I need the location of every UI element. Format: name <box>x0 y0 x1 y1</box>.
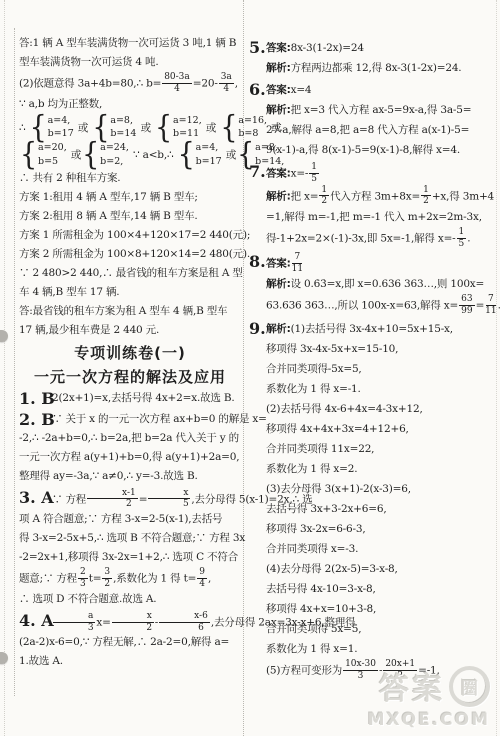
fraction: 32 <box>102 567 112 590</box>
binding-bump-top <box>0 330 8 342</box>
text-line: 答案:x=-15 <box>266 162 497 185</box>
item-number: 4. A <box>19 611 54 630</box>
answer-item: 4. Aa3x=x2-x-66,去分母得 2ax=3x-x+6,整理得(2a-2… <box>19 611 241 672</box>
watermark-circle-icon: 圈 <box>449 666 490 707</box>
cases-row: a=4, <box>48 114 74 128</box>
fraction: 80-3a4 <box>162 72 192 95</box>
text-line: 27-a,解得 a=8,把 a=8 代入方程 a(x-1)-5= <box>266 120 497 140</box>
text-line: 解析:(1)去括号得 3x-4x+10=5x+15-x, <box>266 319 497 339</box>
item-number: 5. <box>249 38 266 57</box>
text-line: 移项得 4x+x=10+3-8, <box>266 599 497 619</box>
text-line: 车 4 辆,B 型车 17 辆. <box>19 283 241 302</box>
item-number: 9. <box>249 319 266 338</box>
section-subtitle: 一元一次方程的解法及应用 <box>19 367 241 388</box>
item-number: 1. B <box>19 389 55 408</box>
text-line: 答案:x=4 <box>266 80 497 100</box>
item-body: 答案:711解析:设 0.6̇3̇=x,即 x=0.636 363…,则 100… <box>266 252 497 317</box>
text-line: -2=2x+1,移项得 3x-2x=1+2,∴ 选项 C 不符合 <box>19 548 241 567</box>
text-line: 系数化为 1 得 x=1. <box>266 639 497 659</box>
text-line: (2a-2)x-6=0,∵ 方程无解,∴ 2a-2=0,解得 a= <box>19 633 241 652</box>
text-line: (2)去括号得 4x-6+4x=4-3x+12, <box>266 399 497 419</box>
fraction: 15 <box>457 227 467 250</box>
text-line: 1.故选 A. <box>19 652 241 671</box>
cases-row: a=12, <box>173 114 202 128</box>
item-number: 2. B <box>19 410 55 429</box>
item-body: 答案:8x-3(1-2x)=24解析:方程两边都乘 12,得 8x-3(1-2x… <box>266 38 497 78</box>
text-line: {a=20,b=5 或{a=24,b=2, ∵ a<b,∴ {a=4,b=17 … <box>19 141 241 169</box>
text-line: 整理得 ay=-3a,∵ a≠0,∴ y=-3.故选 B. <box>19 467 241 486</box>
left-brace: { <box>220 112 237 143</box>
text-line: 合并同类项得 5x=5, <box>266 619 497 639</box>
cases-row: b=17 <box>196 155 222 169</box>
watermark-logo-text: 答案 <box>379 664 445 708</box>
fraction: x-12 <box>87 488 138 511</box>
answer-item: 1. B2(2x+1)=x,去括号得 4x+2=x.故选 B. <box>19 389 241 408</box>
text-line: ∵ 2 480>2 440,∴ 最省钱的租车方案是租 A 型 <box>19 264 241 283</box>
bold-label: 解析: <box>266 62 291 74</box>
binding-bump-bottom <box>0 652 8 664</box>
text-line: 17 辆,最少租车费是 2 440 元. <box>19 321 241 340</box>
item-body: 解析:(1)去括号得 3x-4x+10=5x+15-x,移项得 3x-4x-5x… <box>266 319 497 682</box>
left-brace: { <box>178 139 195 170</box>
bold-label: 解析: <box>266 278 291 290</box>
text-line: 移项得 4x+4x+3x=4+12+6, <box>266 419 497 439</box>
bold-label: 答案: <box>266 257 291 269</box>
workbook-page: 答:1 辆 A 型车装满货物一次可运货 3 吨,1 辆 B型车装满货物一次可运货… <box>0 0 500 736</box>
cases-row: b=5 <box>38 155 67 169</box>
cases-row: b=17 <box>48 127 74 141</box>
text-line: 得-1+2x=2×(-1)-3x,即 5x=-1,解得 x=-15. <box>266 227 497 250</box>
text-line: (3)去分母得 3(x+1)-2(x-3)=6, <box>266 479 497 499</box>
text-line: 解析:方程两边都乘 12,得 8x-3(1-2x)=24. <box>266 58 497 78</box>
text-line: 63.636 363…,所以 100x-x=63,解得 x=6399=711. <box>266 294 497 317</box>
fraction: a3 <box>53 611 95 634</box>
text-line: ∴ 选项 D 不符合题意.故选 A. <box>19 590 241 609</box>
text-line: 方案 1:租用 4 辆 A 型车,17 辆 B 型车; <box>19 188 241 207</box>
item-number: 8. <box>249 252 266 271</box>
text-line: 移项得 3x-4x-5x+x=15-10, <box>266 339 497 359</box>
choice-answer-items: 1. B2(2x+1)=x,去括号得 4x+2=x.故选 B.2. B∵ 关于 … <box>19 389 241 672</box>
left-brace: { <box>155 112 172 143</box>
fraction: 6399 <box>459 294 474 317</box>
answer-item: 7.答案:x=-15解析:把 x=12代入方程 3m+8x=12+x,得 3m+… <box>249 162 497 250</box>
answer-item: 8.答案:711解析:设 0.6̇3̇=x,即 x=0.636 363…,则 1… <box>249 252 497 317</box>
text-line: ∵ a,b 均为正整数, <box>19 95 241 114</box>
cases-row: b=2, <box>100 155 129 169</box>
text-line: (2)依题意得 3a+4b=80,∴ b=80-3a4=20-3a4, <box>19 72 241 95</box>
text-line: 解析:设 0.6̇3̇=x,即 x=0.636 363…,则 100x= <box>266 274 497 294</box>
bold-label: 解析: <box>266 190 291 202</box>
page-spine-line <box>4 0 5 736</box>
item-body: 答案:x=4解析:把 x=3 代入方程 ax-5=9x-a,得 3a-5=27-… <box>266 80 497 160</box>
text-line: 型车装满货物一次可运货 4 吨. <box>19 53 241 72</box>
right-column: 5.答案:8x-3(1-2x)=24解析:方程两边都乘 12,得 8x-3(1-… <box>249 0 497 684</box>
solution-continuation-lines: 答:1 辆 A 型车装满货物一次可运货 3 吨,1 辆 B型车装满货物一次可运货… <box>19 34 241 340</box>
text-line: 题意;∵ 方程23t=32,系数化为 1 得 t=94, <box>19 567 241 590</box>
cases-row: b=14 <box>110 127 136 141</box>
text-line: 系数化为 1 得 x=-1. <box>266 379 497 399</box>
fraction: x2 <box>112 611 154 634</box>
left-column-rule <box>14 28 15 696</box>
text-line: 得 3-x=2-5x+5,∴ 选项 B 不符合题意;∵ 方程 3x <box>19 529 241 548</box>
text-line: 答:1 辆 A 型车装满货物一次可运货 3 吨,1 辆 B <box>19 34 241 53</box>
bold-label: 解析: <box>266 323 291 335</box>
item-number: 3. A <box>19 488 54 507</box>
fraction: 94 <box>197 567 207 590</box>
fraction: 12 <box>421 185 431 208</box>
fraction: 711 <box>292 252 303 275</box>
text-line: 系数化为 1 得 x=2. <box>266 459 497 479</box>
left-column: 答:1 辆 A 型车装满货物一次可运货 3 吨,1 辆 B型车装满货物一次可运货… <box>19 0 241 673</box>
section-title: 专项训练卷(一) <box>19 343 241 364</box>
text-line: 解析:把 x=3 代入方程 ax-5=9x-a,得 3a-5= <box>266 100 497 120</box>
answer-item: 9.解析:(1)去括号得 3x-4x+10=5x+15-x,移项得 3x-4x-… <box>249 319 497 682</box>
watermark-logo: 答案 圈 <box>368 664 490 708</box>
item-body: 答案:x=-15解析:把 x=12代入方程 3m+8x=12+x,得 3m+4=… <box>266 162 497 250</box>
text-line: 移项得 3x-2x=6-6-3, <box>266 519 497 539</box>
text-line: 项 A 符合题意;∵ 方程 3-x=2-5(x-1),去括号 <box>19 510 241 529</box>
text-line: 合并同类项得 11x=22, <box>266 439 497 459</box>
fraction: 23 <box>78 567 88 590</box>
answer-item: 5.答案:8x-3(1-2x)=24解析:方程两边都乘 12,得 8x-3(1-… <box>249 38 497 78</box>
answer-items: 5.答案:8x-3(1-2x)=24解析:方程两边都乘 12,得 8x-3(1-… <box>249 38 497 682</box>
left-brace: { <box>82 139 99 170</box>
left-brace: { <box>20 139 37 170</box>
text-line: -2,∴ -2a+b=0,∴ b=2a,把 b=2a 代入关于 y 的 <box>19 429 241 448</box>
text-line: 方案 2 所需租金为 100×8+120×14=2 480(元). <box>19 245 241 264</box>
fraction: 711 <box>485 294 496 317</box>
bold-label: 答案: <box>266 167 291 179</box>
text-line: 答案:711 <box>266 252 497 275</box>
text-line: 答案:8x-3(1-2x)=24 <box>266 38 497 58</box>
cases-brace-group: {a=4,b=17 <box>178 141 222 169</box>
watermark-site-text: MXQE.COM <box>368 710 490 730</box>
fraction: 3a4 <box>219 72 234 95</box>
text-line: 一元一次方程 a(y+1)+b=0,得 a(y+1)+2a=0, <box>19 448 241 467</box>
watermark: 答案 圈 MXQE.COM <box>368 664 490 730</box>
text-line: 答:最省钱的租车方案为租 A 型车 4 辆,B 型车 <box>19 302 241 321</box>
text-line: 解析:把 x=12代入方程 3m+8x=12+x,得 3m+4 <box>266 185 497 208</box>
bold-label: 解析: <box>266 104 291 116</box>
fraction: 12 <box>319 185 329 208</box>
text-line: 方案 2:租用 8 辆 A 型车,14 辆 B 型车. <box>19 207 241 226</box>
bold-label: 答案: <box>266 42 291 54</box>
fraction: x-66 <box>159 611 210 634</box>
answer-item: 6.答案:x=4解析:把 x=3 代入方程 ax-5=9x-a,得 3a-5=2… <box>249 80 497 160</box>
item-number: 6. <box>249 80 266 99</box>
text-line: 去括号得 4x-10=3-x-8, <box>266 579 497 599</box>
cases-row: a=4, <box>196 141 222 155</box>
item-number: 7. <box>249 162 266 181</box>
text-line: 方案 1 所需租金为 100×4+120×17=2 440(元); <box>19 226 241 245</box>
text-line: 合并同类项得-5x=5, <box>266 359 497 379</box>
fraction: 15 <box>309 162 319 185</box>
answer-item: 2. B∵ 关于 x 的一元一次方程 ax+b=0 的解是 x=-2,∴ -2a… <box>19 410 241 486</box>
text-line: =1,解得 m=-1,把 m=-1 代入 m+2x=2m-3x, <box>266 207 497 227</box>
text-line: 合并同类项得 x=-3. <box>266 539 497 559</box>
answer-item: 3. A∵ 方程x-12=x5,去分母得 5(x-1)=2x,∴ 选项 A 符合… <box>19 488 241 609</box>
text-line: ∴ 共有 2 种租车方案. <box>19 169 241 188</box>
text-line: ∴ {a=4,b=17 或 {a=8,b=14 或 {a=12,b=11 或 {… <box>19 114 241 142</box>
text-line: (4)去分母得 2(2x-5)=3-x-8, <box>266 559 497 579</box>
text-line: 去括号得 3x+3-2x+6=6, <box>266 499 497 519</box>
bold-label: 答案: <box>266 84 291 96</box>
cases-row: a=8, <box>110 114 136 128</box>
text-line: 9(x-1)-a,得 8(x-1)-5=9(x-1)-8,解得 x=4. <box>266 140 497 160</box>
fraction: x5 <box>148 488 190 511</box>
